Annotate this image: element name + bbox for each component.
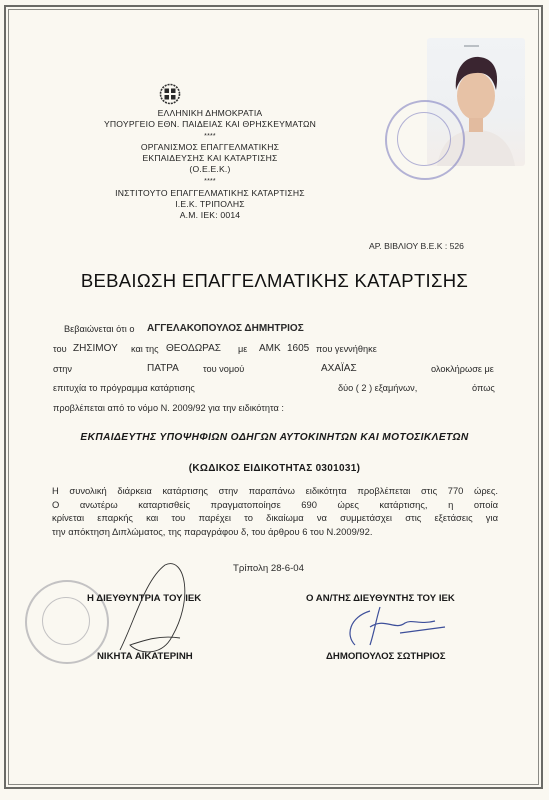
program-duration: δύο ( 2 ) εξαμήνων,	[338, 383, 417, 393]
mother-name: ΘΕΟΔΩΡΑΣ	[166, 343, 221, 354]
holder-full-name: ΑΓΓΕΛΑΚΟΠΟΥΛΟΣ ΔΗΜΗΤΡΙΟΣ	[147, 323, 304, 334]
specialty-code: (ΚΩΔΙΚΟΣ ΕΙΔΙΚΟΤΗΤΑΣ 0301031)	[0, 463, 549, 474]
paragraph-line: Η συνολική διάρκεια κατάρτισης στην παρα…	[52, 484, 498, 498]
amk-label: ΑΜΚ	[259, 343, 281, 354]
header-republic: ΕΛΛΗΝΙΚΗ ΔΗΜΟΚΡΑΤΙΑ	[70, 108, 350, 119]
law-label: προβλέπεται από το νόμο Ν. 2009/92 για τ…	[53, 403, 284, 413]
completed-label: ολοκλήρωσε με	[431, 364, 494, 374]
header-separator: ****	[70, 131, 350, 142]
header-organization-abbr: (Ο.Ε.Ε.Κ.)	[70, 164, 350, 175]
as-label: όπως	[472, 383, 495, 393]
header-iek-name: Ι.Ε.Κ. ΤΡΙΠΟΛΗΣ	[70, 199, 350, 210]
signatory-left-name: ΝΙΚΗΤΑ ΑΙΚΑΤΕΡΙΝΗ	[97, 651, 193, 662]
header-separator-2: ****	[70, 176, 350, 187]
and-label: και της	[131, 344, 159, 354]
signatory-right-name: ΔΗΜΟΠΟΥΛΟΣ ΣΩΤΗΡΙΟΣ	[326, 651, 445, 662]
paragraph-line: Ο ανωτέρω καταρτισθείς πραγματοποίησε 69…	[52, 498, 498, 512]
header-organization-line1: ΟΡΓΑΝΙΣΜΟΣ ΕΠΑΓΓΕΛΜΑΤΙΚΗΣ	[70, 142, 350, 153]
paragraph-line: την απόκτηση Διπλώματος, της παραγράφου …	[52, 525, 498, 539]
born-label: που γεννήθηκε	[316, 344, 377, 354]
duration-paragraph: Η συνολική διάρκεια κατάρτισης στην παρα…	[52, 484, 498, 538]
birthplace: ΠΑΤΡΑ	[147, 363, 179, 374]
amk-number: 1605	[287, 343, 309, 354]
with-label: με	[238, 344, 247, 354]
signature-right	[340, 605, 450, 650]
signatory-right-title: Ο ΑΝ/ΤΗΣ ΔΙΕΥΘΥΝΤΗΣ ΤΟΥ ΙΕΚ	[306, 593, 455, 604]
document-title: ΒΕΒΑΙΩΣΗ ΕΠΑΓΓΕΛΜΑΤΙΚΗΣ ΚΑΤΑΡΤΙΣΗΣ	[0, 270, 549, 292]
father-of-label: του	[53, 344, 67, 354]
paragraph-line: κρίνεται επαρκής και του παρέχει το δικα…	[52, 511, 498, 525]
in-label: στην	[53, 364, 72, 374]
prefecture-label: του νομού	[203, 364, 244, 374]
place-date: Τρίπολη 28-6-04	[233, 563, 304, 574]
header-institute: ΙΝΣΤΙΤΟΥΤΟ ΕΠΑΓΓΕΛΜΑΤΙΚΗΣ ΚΑΤΑΡΤΙΣΗΣ	[70, 188, 350, 199]
header-ministry: ΥΠΟΥΡΓΕΙΟ ΕΘΝ. ΠΑΙΔΕΙΑΣ ΚΑΙ ΘΡΗΣΚΕΥΜΑΤΩΝ	[70, 119, 350, 130]
specialty: ΕΚΠΑΙΔΕΥΤΗΣ ΥΠΟΨΗΦΙΩΝ ΟΔΗΓΩΝ ΑΥΤΟΚΙΝΗΤΩΝ…	[0, 432, 549, 443]
father-name: ΖΗΣΙΜΟΥ	[73, 343, 118, 354]
prefecture: ΑΧΑΪΑΣ	[321, 363, 357, 374]
greek-coat-of-arms-icon	[159, 83, 181, 105]
signature-left	[90, 560, 200, 665]
book-number: ΑΡ. ΒΙΒΛΙΟΥ Β.Ε.Κ : 526	[369, 241, 464, 251]
intro-label: Βεβαιώνεται ότι ο	[64, 324, 134, 334]
official-stamp-left-inner	[42, 597, 90, 645]
official-stamp-photo-inner	[397, 112, 451, 166]
program-label: επιτυχία το πρόγραμμα κατάρτισης	[53, 383, 195, 393]
header-organization-line2: ΕΚΠΑΙΔΕΥΣΗΣ ΚΑΙ ΚΑΤΑΡΤΙΣΗΣ	[70, 153, 350, 164]
header-iek-number: Α.Μ. ΙΕΚ: 0014	[70, 210, 350, 221]
